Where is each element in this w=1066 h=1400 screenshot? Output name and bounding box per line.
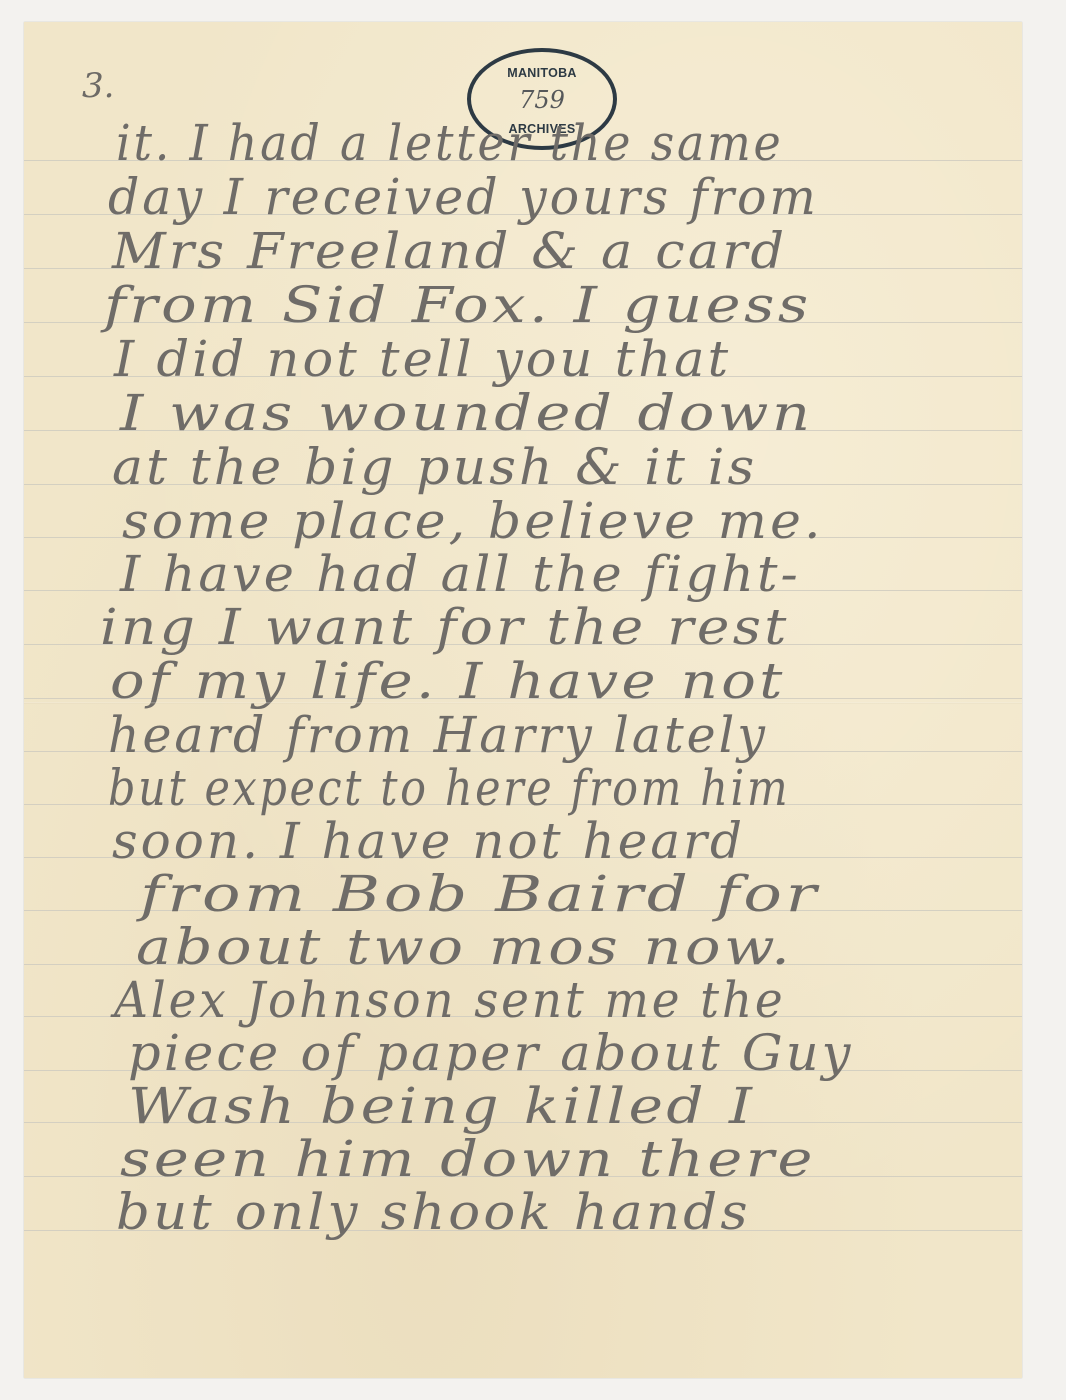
handwritten-line: seen him down there: [120, 1134, 816, 1184]
handwritten-line: Wash being killed I: [128, 1081, 755, 1131]
handwritten-line: I was wounded down: [120, 388, 814, 438]
handwritten-line: Mrs Freeland & a card: [112, 226, 787, 276]
handwritten-line: day I received yours from: [108, 172, 819, 222]
handwritten-line: but only shook hands: [116, 1187, 751, 1237]
letter-page: 3. MANITOBA 759 ARCHIVES it. I had a let…: [24, 22, 1022, 1378]
handwritten-line: I did not tell you that: [114, 334, 731, 384]
handwritten-line: about two mos now.: [136, 922, 793, 972]
stamp-label-top: MANITOBA: [471, 66, 613, 80]
handwritten-line: Alex Johnson sent me the: [114, 975, 786, 1025]
page-number: 3.: [82, 66, 114, 106]
handwritten-line: it. I had a letter the same: [116, 118, 783, 168]
handwritten-line: heard from Harry lately: [108, 710, 768, 760]
handwritten-line: some place, believe me.: [122, 496, 824, 546]
stamp-accession-number: 759: [471, 86, 613, 114]
handwritten-line: piece of paper about Guy: [128, 1028, 854, 1078]
handwritten-line: ing I want for the rest: [100, 602, 790, 652]
handwritten-line: but expect to here from him: [108, 763, 790, 813]
handwritten-line: at the big push & it is: [112, 442, 757, 492]
handwritten-line: from Sid Fox. I guess: [104, 280, 812, 330]
handwritten-line: of my life. I have not: [110, 656, 786, 706]
handwritten-line: soon. I have not heard: [112, 816, 745, 866]
handwritten-line: from Bob Baird for: [140, 869, 820, 919]
handwritten-line: I have had all the fight-: [120, 549, 801, 599]
